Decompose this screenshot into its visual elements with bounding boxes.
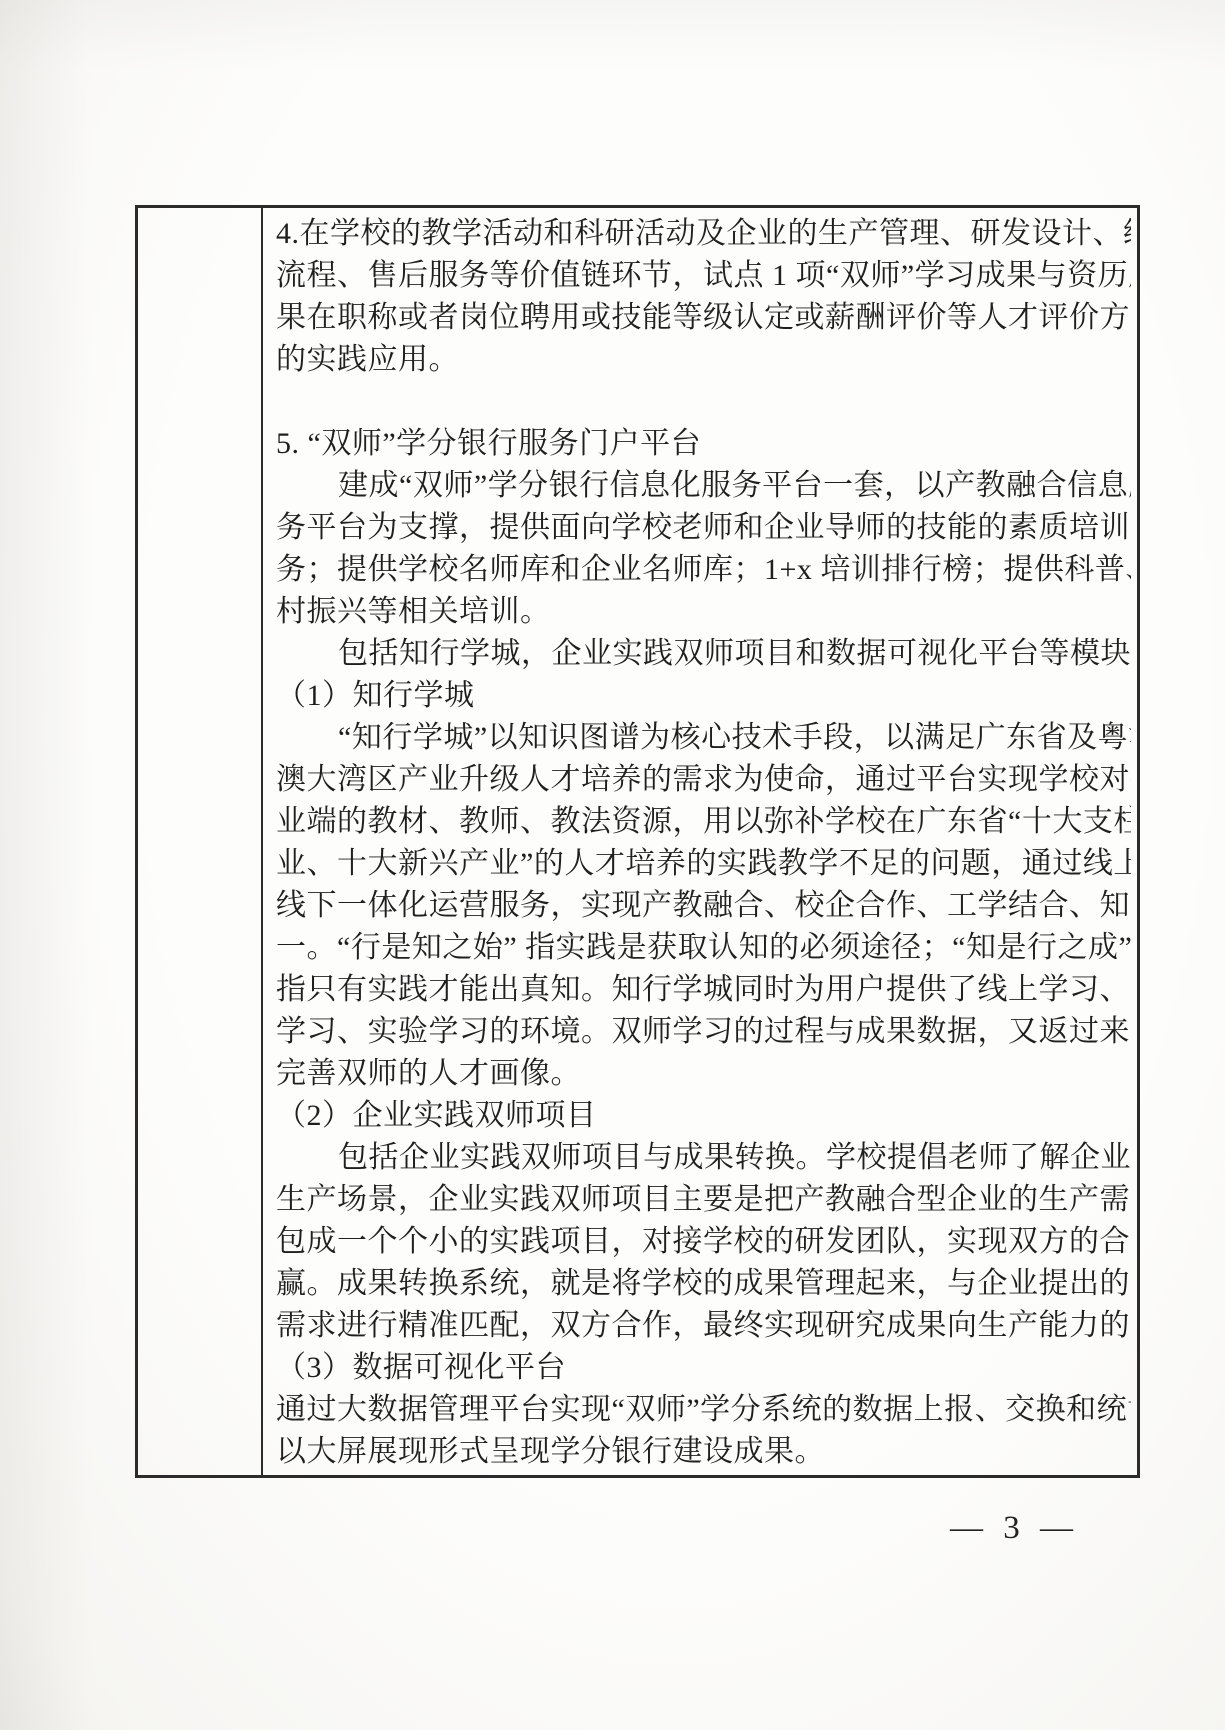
text-line: 建成“双师”学分银行信息化服务平台一套，以产教融合信息服 bbox=[276, 465, 1131, 507]
text-line: “知行学城”以知识图谱为核心技术手段，以满足广东省及粤港 bbox=[276, 717, 1131, 759]
text-line: 务平台为支撑，提供面向学校老师和企业导师的技能的素质培训服 bbox=[276, 507, 1131, 549]
text-line: 村振兴等相关培训。 bbox=[276, 591, 1131, 633]
content-table: 4.在学校的教学活动和科研活动及企业的生产管理、研发设计、组装流程、售后服务等价… bbox=[135, 205, 1140, 1478]
text-line: 指只有实践才能出真知。知行学城同时为用户提供了线上学习、课堂 bbox=[276, 969, 1131, 1011]
text-line: 业、十大新兴产业”的人才培养的实践教学不足的问题，通过线上/ bbox=[276, 843, 1131, 885]
page-number: — 3 — bbox=[950, 1510, 1074, 1547]
text-line: 包括企业实践双师项目与成果转换。学校提倡老师了解企业真实 bbox=[276, 1137, 1131, 1179]
text-line: 流程、售后服务等价值链环节，试点 1 项“双师”学习成果与资历成 bbox=[276, 255, 1131, 297]
text-line: （3）数据可视化平台 bbox=[276, 1347, 1131, 1389]
text-line: 4.在学校的教学活动和科研活动及企业的生产管理、研发设计、组装 bbox=[276, 213, 1131, 255]
text-line: 需求进行精准匹配，双方合作，最终实现研究成果向生产能力的转化。 bbox=[276, 1305, 1131, 1347]
text-line: 一。“行是知之始” 指实践是获取认知的必须途径；“知是行之成” bbox=[276, 927, 1131, 969]
text-line: 包成一个个小的实践项目，对接学校的研发团队，实现双方的合作共 bbox=[276, 1221, 1131, 1263]
text-line: 完善双师的人才画像。 bbox=[276, 1053, 1131, 1095]
scanned-page: 4.在学校的教学活动和科研活动及企业的生产管理、研发设计、组装流程、售后服务等价… bbox=[0, 0, 1225, 1730]
text-line: （2）企业实践双师项目 bbox=[276, 1095, 1131, 1137]
text-line: 生产场景，企业实践双师项目主要是把产教融合型企业的生产需求打 bbox=[276, 1179, 1131, 1221]
text-line: 学习、实验学习的环境。双师学习的过程与成果数据，又返过来更加 bbox=[276, 1011, 1131, 1053]
text-line bbox=[276, 381, 1131, 423]
text-line: 线下一体化运营服务，实现产教融合、校企合作、工学结合、知行合 bbox=[276, 885, 1131, 927]
text-line: 以大屏展现形式呈现学分银行建设成果。 bbox=[276, 1431, 1131, 1473]
text-line: 5. “双师”学分银行服务门户平台 bbox=[276, 423, 1131, 465]
table-left-column bbox=[138, 208, 263, 1475]
table-text-column: 4.在学校的教学活动和科研活动及企业的生产管理、研发设计、组装流程、售后服务等价… bbox=[263, 208, 1137, 1475]
text-line: 业端的教材、教师、教法资源，用以弥补学校在广东省“十大支柱产 bbox=[276, 801, 1131, 843]
text-line: 通过大数据管理平台实现“双师”学分系统的数据上报、交换和统计， bbox=[276, 1389, 1131, 1431]
text-line: 务；提供学校名师库和企业名师库；1+x 培训排行榜；提供科普、乡 bbox=[276, 549, 1131, 591]
text-line: 果在职称或者岗位聘用或技能等级认定或薪酬评价等人才评价方面 bbox=[276, 297, 1131, 339]
text-line: 包括知行学城，企业实践双师项目和数据可视化平台等模块。 bbox=[276, 633, 1131, 675]
text-line: （1）知行学城 bbox=[276, 675, 1131, 717]
text-line: 澳大湾区产业升级人才培养的需求为使命，通过平台实现学校对接企 bbox=[276, 759, 1131, 801]
text-line: 赢。成果转换系统，就是将学校的成果管理起来，与企业提出的生产 bbox=[276, 1263, 1131, 1305]
text-line: 的实践应用。 bbox=[276, 339, 1131, 381]
